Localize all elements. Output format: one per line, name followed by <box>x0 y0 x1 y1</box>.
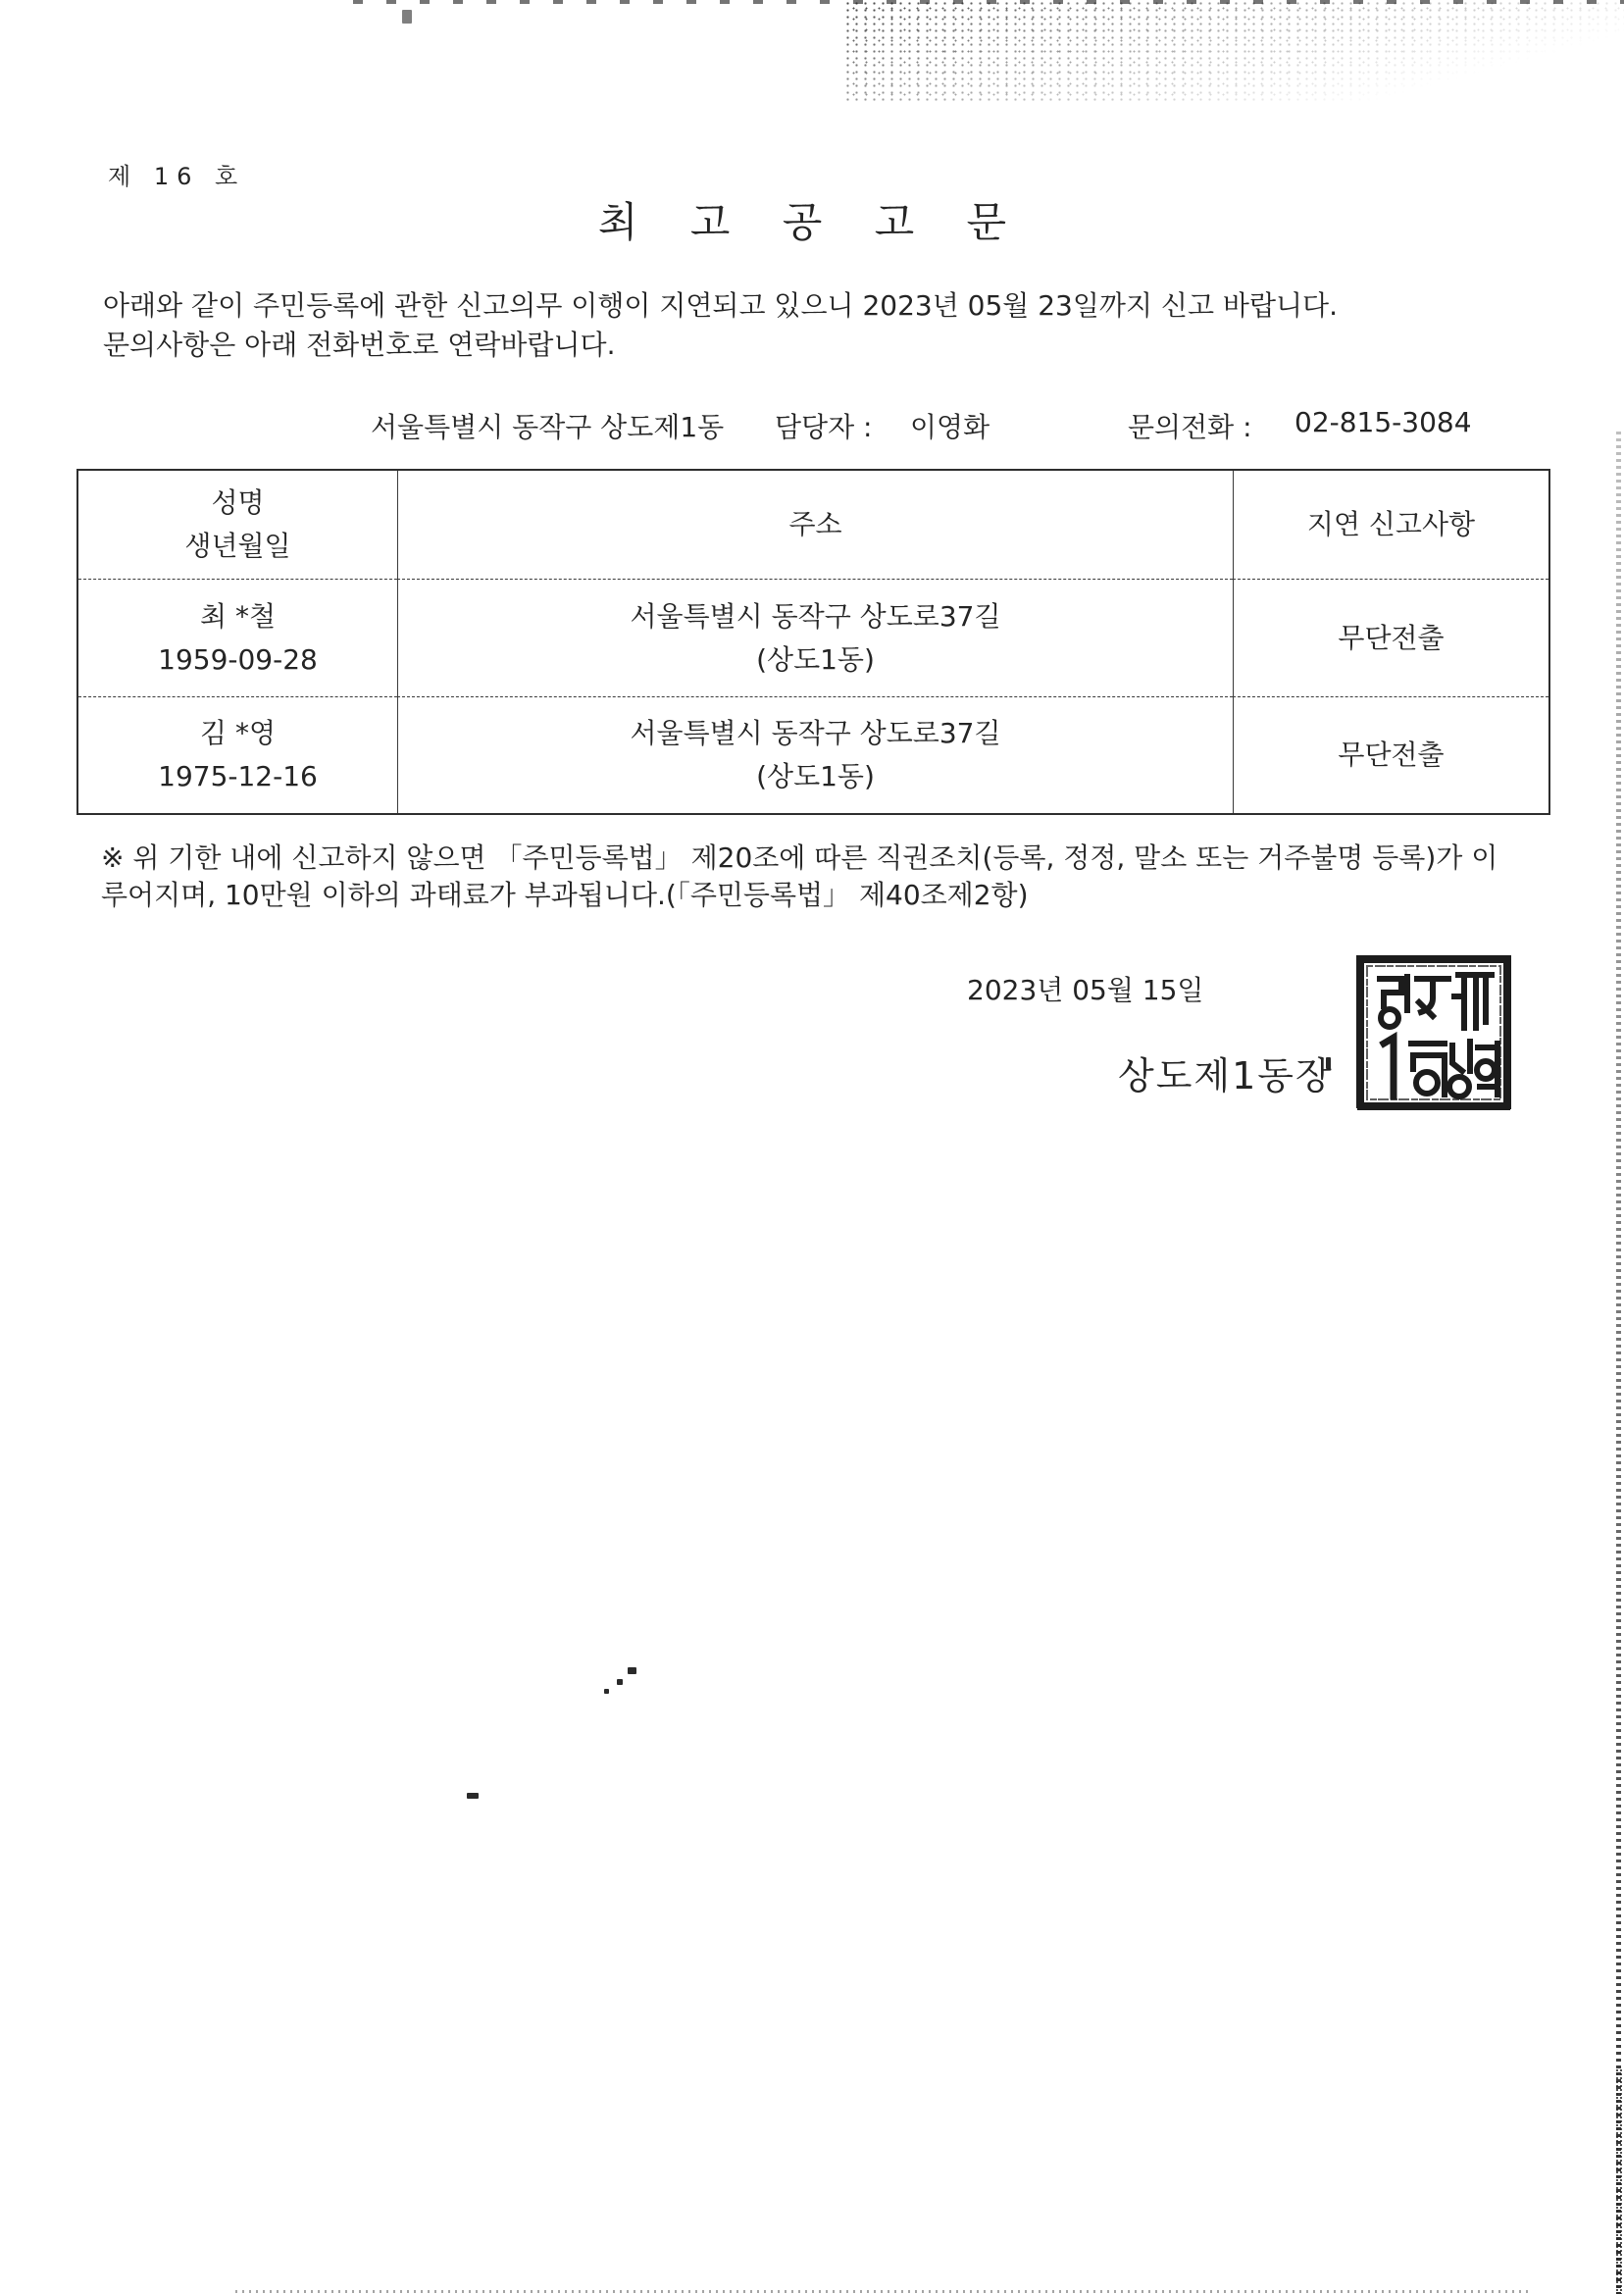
ink-speck <box>628 1667 636 1674</box>
header-address: 주소 <box>397 471 1233 579</box>
ink-speck <box>617 1679 623 1685</box>
scan-noise-right-band <box>1615 2068 1624 2294</box>
ink-speck <box>402 10 412 24</box>
manager-label: 담당자 : <box>775 406 872 445</box>
manager-name: 이영화 <box>910 406 990 445</box>
scanned-notice-document: 제 16 호 최 고 공 고 문 아래와 같이 주민등록에 관한 신고의무 이행… <box>0 0 1624 2294</box>
table-row-2-status: 무단전출 <box>1233 696 1548 813</box>
doc-number: 제 16 호 <box>108 157 245 191</box>
table-row-1-name-birth: 최 *철 1959-09-28 <box>78 579 397 696</box>
scan-noise-top-edge <box>353 0 1624 4</box>
intro-line-1: 아래와 같이 주민등록에 관한 신고의무 이행이 지연되고 있으니 2023년 … <box>103 286 1338 326</box>
contact-line: 서울특별시 동작구 상도제1동 담당자 : 이영화 문의전화 : 02-815-… <box>0 406 1624 445</box>
phone-label: 문의전화 : <box>1128 406 1252 445</box>
delayed-report-table: 성명 생년월일 주소 지연 신고사항 최 *철 1959-09-28 서울특별시… <box>76 469 1550 815</box>
page-title: 최 고 공 고 문 <box>0 190 1624 249</box>
office-name: 서울특별시 동작구 상도제1동 <box>371 406 724 445</box>
scan-noise-right-edge <box>1616 432 1621 2294</box>
table-row-2-name-birth: 김 *영 1975-12-16 <box>78 696 397 813</box>
header-name-birth: 성명 생년월일 <box>78 471 397 579</box>
scan-noise-top <box>843 0 1624 103</box>
official-seal-stamp <box>1354 953 1513 1112</box>
table-row-1-status: 무단전출 <box>1233 579 1548 696</box>
ink-speck <box>467 1793 479 1799</box>
legal-note-line-1: ※ 위 기한 내에 신고하지 않으면 「주민등록법」 제20조에 따른 직권조치… <box>101 840 1497 877</box>
legal-note-line-2: 루어지며, 10만원 이하의 과태료가 부과됩니다.(「주민등록법」 제40조제… <box>101 877 1497 914</box>
legal-note: ※ 위 기한 내에 신고하지 않으면 「주민등록법」 제20조에 따른 직권조치… <box>101 840 1497 914</box>
header-delay-status: 지연 신고사항 <box>1233 471 1548 579</box>
scan-noise-bottom-edge <box>235 2290 1530 2293</box>
ink-speck <box>604 1689 609 1694</box>
intro-line-2: 문의사항은 아래 전화번호로 연락바랍니다. <box>103 326 1338 365</box>
issue-date: 2023년 05월 15일 <box>967 969 1203 1008</box>
phone-number: 02-815-3084 <box>1294 406 1472 438</box>
signer-title: 상도제1동장 <box>1118 1045 1334 1099</box>
intro-paragraph: 아래와 같이 주민등록에 관한 신고의무 이행이 지연되고 있으니 2023년 … <box>103 286 1338 365</box>
table-row-2-address: 서울특별시 동작구 상도로37길 (상도1동) <box>397 696 1233 813</box>
table-row-1-address: 서울특별시 동작구 상도로37길 (상도1동) <box>397 579 1233 696</box>
